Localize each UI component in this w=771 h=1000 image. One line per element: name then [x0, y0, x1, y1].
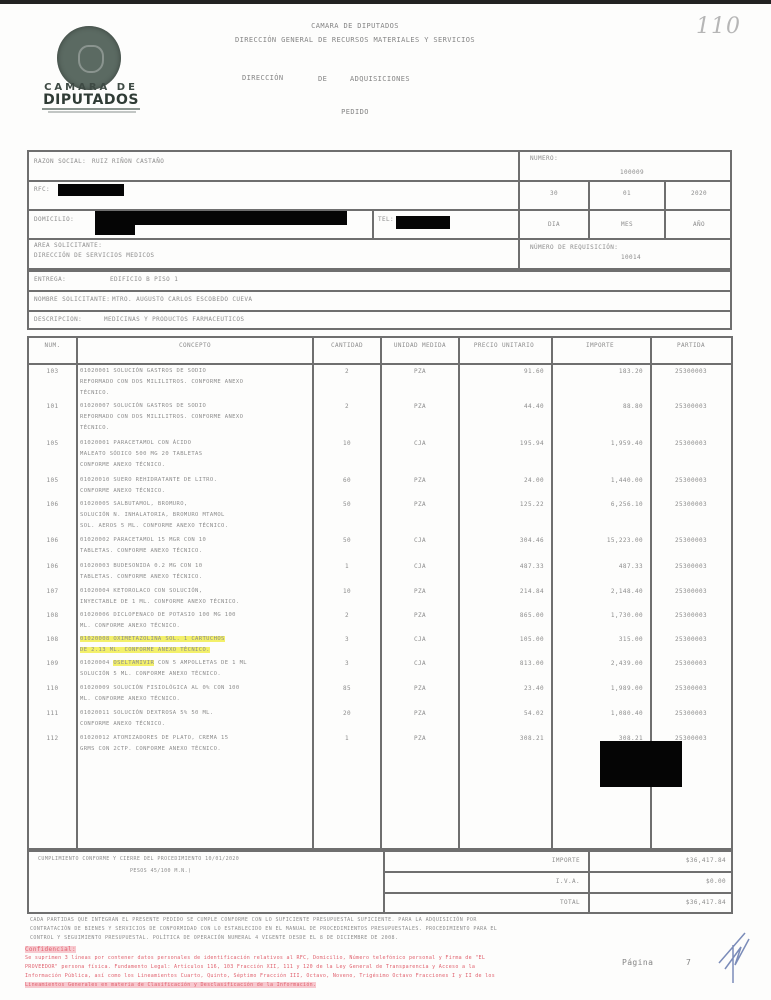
- header-division-1: DIRECCIÓN: [242, 74, 284, 82]
- iva-value: $0.00: [592, 878, 726, 885]
- header-division-3: ADQUISICIONES: [350, 75, 410, 83]
- cell-precio: 23.40: [460, 685, 544, 692]
- cell-importe: 1,440.00: [553, 477, 643, 484]
- cell-num: 101: [29, 403, 76, 410]
- cell-cantidad: 2: [314, 368, 380, 375]
- cell-num: 103: [29, 368, 76, 375]
- cell-precio: 304.46: [460, 537, 544, 544]
- concepto-line: 01020005 SALBUTAMOL, BROMURO,: [80, 501, 188, 507]
- concepto-line: 01020004 KETOROLACO CON SOLUCIÓN,: [80, 588, 202, 594]
- footer-note-line1: CADA PARTIDAS QUE INTEGRAN EL PRESENTE P…: [30, 917, 477, 923]
- concepto-line: CONFORME ANEXO TÉCNICO.: [80, 462, 165, 468]
- cell-importe: 315.00: [553, 636, 643, 643]
- cell-precio: 487.33: [460, 563, 544, 570]
- highlighted-term: OSELTAMIVIR: [113, 660, 154, 666]
- cell-cantidad: 1: [314, 735, 380, 742]
- cell-unidad: PZA: [382, 477, 458, 484]
- concepto-line: 01020012 ATOMIZADORES DE PLATO, CREMA 15: [80, 735, 228, 741]
- concepto-line: 01020008 OXIMETAZOLINA SOL. 1 CARTUCHOS: [80, 636, 225, 642]
- cell-cantidad: 1: [314, 563, 380, 570]
- date-year-label: AÑO: [666, 221, 732, 228]
- concepto-line: ML. CONFORME ANEXO TÉCNICO.: [80, 696, 180, 702]
- confidential-line4: Lineamientos Generales en materia de Cla…: [25, 982, 316, 988]
- divider: [588, 180, 590, 238]
- divider: [27, 238, 732, 240]
- cell-num: 106: [29, 501, 76, 508]
- concepto-line: SOL. AEROS 5 ML. CONFORME ANEXO TÉCNICO.: [80, 523, 228, 529]
- cell-num: 108: [29, 636, 76, 643]
- numero-value: 100009: [620, 169, 644, 176]
- cell-partida: 25300003: [652, 588, 730, 595]
- divider: [27, 290, 732, 292]
- cell-num: 111: [29, 710, 76, 717]
- cell-importe: 88.80: [553, 403, 643, 410]
- divider: [383, 850, 385, 914]
- cell-precio: 24.00: [460, 477, 544, 484]
- cell-num: 108: [29, 612, 76, 619]
- entrega-value: EDIFICIO B PISO 1: [110, 276, 178, 283]
- cell-importe: 1,080.40: [553, 710, 643, 717]
- area-value: DIRECCIÓN DE SERVICIOS MEDICOS: [34, 252, 154, 259]
- razon-social-label: RAZON SOCIAL:: [34, 158, 86, 165]
- solicitante-label: NOMBRE SOLICITANTE:: [34, 296, 110, 303]
- cell-importe: 1,959.40: [553, 440, 643, 447]
- cell-partida: 25300003: [652, 368, 730, 375]
- cell-partida: 25300003: [652, 710, 730, 717]
- total-label: TOTAL: [390, 899, 580, 906]
- concepto-line: MALEATO SÓDICO 500 MG 20 TABLETAS: [80, 451, 202, 457]
- signature-redaction: [600, 741, 682, 787]
- requisicion-value: 10014: [621, 254, 641, 261]
- scan-edge: [0, 0, 771, 4]
- cell-importe: 1,989.00: [553, 685, 643, 692]
- column-header: CANTIDAD: [314, 341, 380, 350]
- cell-unidad: PZA: [382, 612, 458, 619]
- cell-unidad: CJA: [382, 636, 458, 643]
- column-header: NUM.: [29, 341, 76, 350]
- page-label: Página: [622, 958, 653, 967]
- cell-partida: 25300003: [652, 563, 730, 570]
- concepto-line: 01020003 BUDESONIDA 0.2 MG CON 10: [80, 563, 202, 569]
- domicilio-label: DOMICILIO:: [34, 216, 74, 223]
- date-month-label: MES: [590, 221, 664, 228]
- cell-num: 106: [29, 563, 76, 570]
- cell-num: 106: [29, 537, 76, 544]
- cell-num: 112: [29, 735, 76, 742]
- cell-precio: 125.22: [460, 501, 544, 508]
- column-header: PRECIO UNITARIO: [460, 341, 548, 350]
- subtotal-value: $36,417.84: [592, 857, 726, 864]
- domicilio-redaction-2: [95, 224, 135, 235]
- cell-cantidad: 3: [314, 636, 380, 643]
- domicilio-redaction: [95, 211, 347, 225]
- concepto-line: DE 2.13 ML. CONFORME ANEXO TÉCNICO.: [80, 647, 210, 653]
- logo-underline: [42, 108, 140, 110]
- divider: [383, 892, 733, 894]
- concepto-line: SOLUCIÓN N. INHALATORIA, BROMURO MTAMOL: [80, 512, 225, 518]
- logo-text-line2: DIPUTADOS: [39, 92, 143, 108]
- partida-label: DESCRIPCION:: [34, 316, 82, 323]
- column-header: UNIDAD MEDIDA: [382, 341, 458, 350]
- cell-unidad: CJA: [382, 563, 458, 570]
- cell-cantidad: 85: [314, 685, 380, 692]
- concepto-line: REFORMADO CON DOS MILILITROS. CONFORME A…: [80, 414, 243, 420]
- concepto-line: ML. CONFORME ANEXO TÉCNICO.: [80, 623, 180, 629]
- cell-num: 107: [29, 588, 76, 595]
- concepto-line: 01020006 DICLOFENACO DE POTASIO 100 MG 1…: [80, 612, 236, 618]
- cell-partida: 25300003: [652, 612, 730, 619]
- requisicion-label: NÚMERO DE REQUISICIÓN:: [530, 244, 618, 251]
- concepto-line: 01020010 SUERO REHIDRATANTE DE LITRO.: [80, 477, 217, 483]
- cell-unidad: PZA: [382, 403, 458, 410]
- header-division-2: DE: [318, 75, 327, 83]
- partida-value: MEDICINAS Y PRODUCTOS FARMACEUTICOS: [104, 316, 244, 323]
- concepto-line: 01020004 OSELTAMIVIR CON 5 AMPOLLETAS DE…: [80, 660, 247, 666]
- cell-cantidad: 2: [314, 612, 380, 619]
- tel-label: TEL:: [378, 216, 394, 223]
- cell-importe: 2,148.40: [553, 588, 643, 595]
- cell-cantidad: 10: [314, 440, 380, 447]
- cell-precio: 91.60: [460, 368, 544, 375]
- concepto-line: GRMS CON 2CTP. CONFORME ANEXO TÉCNICO.: [80, 746, 221, 752]
- cell-importe: 15,223.00: [553, 537, 643, 544]
- concepto-line: TÉCNICO.: [80, 390, 110, 396]
- logo-subline: [48, 111, 136, 113]
- concepto-line: CONFORME ANEXO TÉCNICO.: [80, 488, 165, 494]
- concepto-line: REFORMADO CON DOS MILILITROS. CONFORME A…: [80, 379, 243, 385]
- cell-num: 110: [29, 685, 76, 692]
- column-header: IMPORTE: [553, 341, 647, 350]
- cell-num: 109: [29, 660, 76, 667]
- divider: [27, 180, 732, 182]
- cell-unidad: CJA: [382, 660, 458, 667]
- cell-precio: 105.00: [460, 636, 544, 643]
- divider: [664, 180, 666, 238]
- cell-cantidad: 50: [314, 537, 380, 544]
- cell-importe: 6,256.10: [553, 501, 643, 508]
- cell-precio: 54.02: [460, 710, 544, 717]
- page-number: 7: [686, 958, 691, 967]
- concepto-line: 01020007 SOLUCIÓN GASTROS DE SODIO: [80, 403, 206, 409]
- area-label: AREA SOLICITANTE:: [34, 242, 102, 249]
- cell-unidad: PZA: [382, 735, 458, 742]
- date-day: 30: [520, 190, 588, 197]
- date-year: 2020: [666, 190, 732, 197]
- cell-cantidad: 3: [314, 660, 380, 667]
- cell-unidad: PZA: [382, 501, 458, 508]
- header-doc-type: PEDIDO: [300, 108, 410, 116]
- cell-cantidad: 10: [314, 588, 380, 595]
- concepto-line: TABLETAS. CONFORME ANEXO TÉCNICO.: [80, 548, 202, 554]
- handwritten-folio: 110: [696, 14, 741, 39]
- cell-unidad: PZA: [382, 368, 458, 375]
- concepto-line: 01020001 PARACETAMOL CON ÁCIDO: [80, 440, 191, 446]
- cell-partida: 25300003: [652, 403, 730, 410]
- date-month: 01: [590, 190, 664, 197]
- concepto-line: TÉCNICO.: [80, 425, 110, 431]
- cell-cantidad: 60: [314, 477, 380, 484]
- column-header: PARTIDA: [652, 341, 730, 350]
- header-institution: CAMARA DE DIPUTADOS: [220, 22, 490, 30]
- confidential-line1: Se suprimen 3 líneas por contener datos …: [25, 955, 485, 961]
- rfc-label: RFC:: [34, 186, 50, 193]
- date-day-label: DIA: [520, 221, 588, 228]
- cell-precio: 865.00: [460, 612, 544, 619]
- cell-partida: 25300003: [652, 477, 730, 484]
- footer-note-line2: CONTRATACIÓN DE BIENES Y SERVICIOS DE CO…: [30, 926, 497, 932]
- concepto-line: TABLETAS. CONFORME ANEXO TÉCNICO.: [80, 574, 202, 580]
- cell-precio: 195.94: [460, 440, 544, 447]
- cell-precio: 44.40: [460, 403, 544, 410]
- razon-social-value: RUIZ RIÑON CASTAÑO: [92, 158, 164, 165]
- confidential-line3: Información Pública, así como los Lineam…: [25, 973, 495, 979]
- iva-label: I.V.A.: [390, 878, 580, 885]
- cell-unidad: CJA: [382, 440, 458, 447]
- concepto-line: 01020001 SOLUCIÓN GASTROS DE SODIO: [80, 368, 206, 374]
- concepto-line: 01020002 PARACETAMOL 15 MGR CON 10: [80, 537, 206, 543]
- confidential-line2: PROVEEDOR" persona física. Fundamento Le…: [25, 964, 475, 970]
- cell-precio: 214.84: [460, 588, 544, 595]
- numero-label: NUMERO:: [530, 155, 558, 162]
- cell-partida: 25300003: [652, 685, 730, 692]
- cell-unidad: PZA: [382, 588, 458, 595]
- cell-unidad: PZA: [382, 685, 458, 692]
- subtotal-label: IMPORTE: [390, 857, 580, 864]
- cell-num: 105: [29, 477, 76, 484]
- divider: [383, 871, 733, 873]
- cell-importe: 183.20: [553, 368, 643, 375]
- column-header: CONCEPTO: [80, 341, 310, 350]
- cell-partida: 25300003: [652, 636, 730, 643]
- total-value: $36,417.84: [592, 899, 726, 906]
- signature-scribble-icon: [715, 925, 755, 985]
- cell-partida: 25300003: [652, 501, 730, 508]
- cell-unidad: PZA: [382, 710, 458, 717]
- cell-cantidad: 50: [314, 501, 380, 508]
- rfc-redaction: [58, 184, 124, 196]
- cell-precio: 813.00: [460, 660, 544, 667]
- concepto-line: 01020009 SOLUCIÓN FISIOLÓGICA AL 0% CON …: [80, 685, 240, 691]
- cell-importe: 487.33: [553, 563, 643, 570]
- concepto-line: INYECTABLE DE 1 ML. CONFORME ANEXO TÉCNI…: [80, 599, 240, 605]
- footer-note-line3: CONTROL Y SEGUIMIENTO PRESUPUESTAL. POLÍ…: [30, 935, 398, 941]
- col-divider: [76, 336, 78, 850]
- cell-importe: 1,730.00: [553, 612, 643, 619]
- seal-emblem-icon: [78, 45, 104, 73]
- entrega-label: ENTREGA:: [34, 276, 66, 283]
- cell-unidad: CJA: [382, 537, 458, 544]
- cell-precio: 308.21: [460, 735, 544, 742]
- cell-num: 105: [29, 440, 76, 447]
- concepto-line: CONFORME ANEXO TÉCNICO.: [80, 721, 165, 727]
- cell-partida: 25300003: [652, 440, 730, 447]
- cell-partida: 25300003: [652, 660, 730, 667]
- cell-importe: 2,439.00: [553, 660, 643, 667]
- totals-legal-line2: PESOS 45/100 M.N.): [130, 868, 191, 874]
- confidential-title: Confidencial:: [25, 946, 76, 953]
- totals-legal-line1: CUMPLIMIENTO CONFORME Y CIERRE DEL PROCE…: [38, 856, 239, 862]
- divider: [27, 310, 732, 312]
- concepto-line: SOLUCIÓN 5 ML. CONFORME ANEXO TÉCNICO.: [80, 671, 221, 677]
- concepto-line: 01020011 SOLUCIÓN DEXTROSA 5% 50 ML.: [80, 710, 214, 716]
- tel-redaction: [396, 216, 450, 229]
- cell-cantidad: 2: [314, 403, 380, 410]
- cell-cantidad: 20: [314, 710, 380, 717]
- solicitante-value: MTRO. AUGUSTO CARLOS ESCOBEDO CUEVA: [112, 296, 252, 303]
- divider: [372, 209, 374, 239]
- divider: [588, 850, 590, 914]
- header-directorate: DIRECCIÓN GENERAL DE RECURSOS MATERIALES…: [150, 36, 560, 44]
- cell-partida: 25300003: [652, 537, 730, 544]
